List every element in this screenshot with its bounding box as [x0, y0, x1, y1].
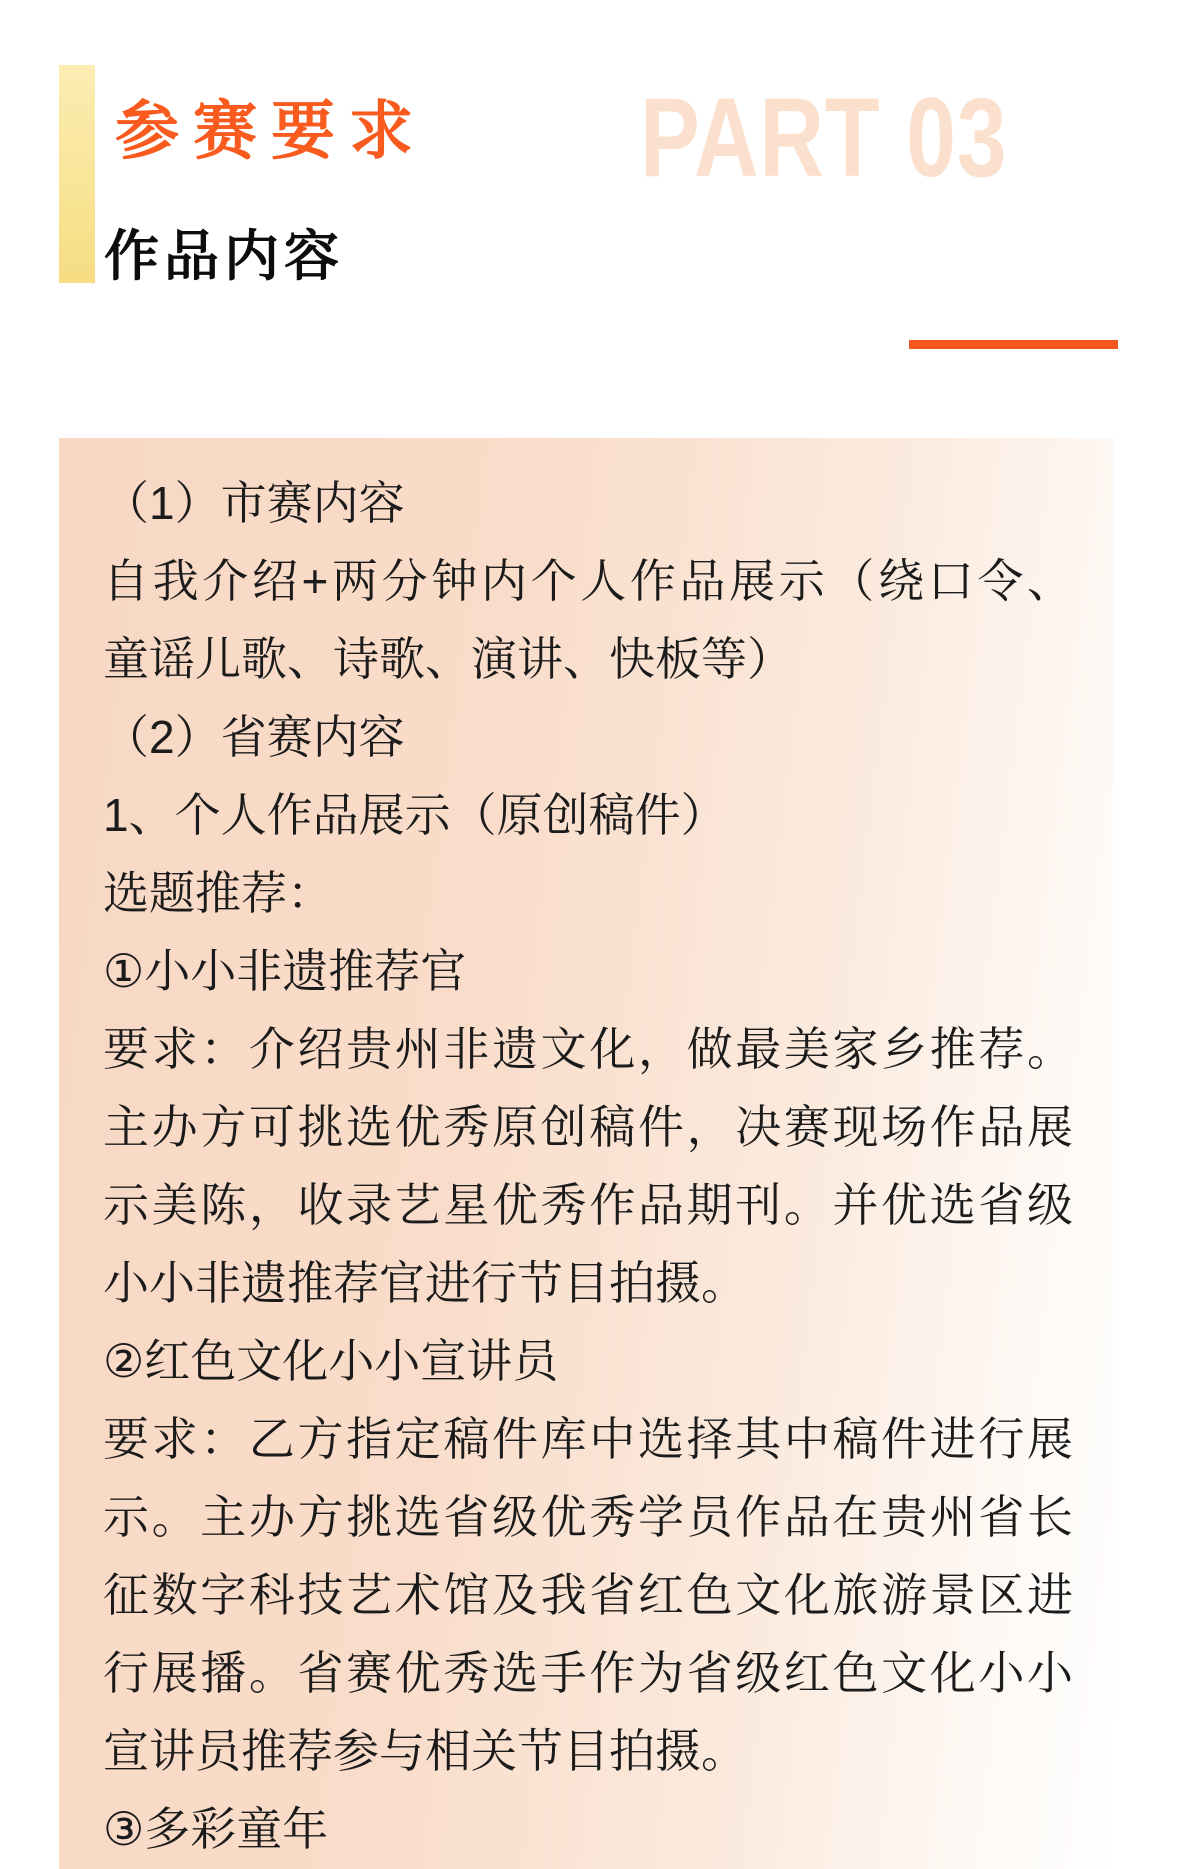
poster-page: PART 03 参赛要求 作品内容 （1）市赛内容自我介绍+两分钟内个人作品展示…	[0, 0, 1179, 1869]
content-line: 选题推荐：	[103, 854, 1073, 932]
content-line: 宣讲员推荐参与相关节目拍摄。	[103, 1712, 1073, 1790]
page-subtitle: 作品内容	[104, 226, 344, 287]
content-line: 征数字科技艺术馆及我省红色文化旅游景区进	[103, 1556, 1073, 1634]
orange-divider-line	[909, 340, 1118, 349]
content-line: 要求：乙方指定稿件库中选择其中稿件进行展	[103, 1400, 1073, 1478]
content-line: 自我介绍+两分钟内个人作品展示（绕口令、	[103, 542, 1073, 620]
content-line: 小小非遗推荐官进行节目拍摄。	[103, 1244, 1073, 1322]
part-number-label: PART 03	[640, 82, 1007, 194]
content-line: 示美陈，收录艺星优秀作品期刊。并优选省级	[103, 1166, 1073, 1244]
content-line: （2）省赛内容	[103, 698, 1073, 776]
content-line: （1）市赛内容	[103, 464, 1073, 542]
content-line: ②红色文化小小宣讲员	[103, 1322, 1073, 1400]
yellow-accent-bar	[59, 65, 95, 283]
content-line: 行展播。省赛优秀选手作为省级红色文化小小	[103, 1634, 1073, 1712]
content-line: 1、个人作品展示（原创稿件）	[103, 776, 1073, 854]
content-line: ①小小非遗推荐官	[103, 932, 1073, 1010]
content-line: 主办方可挑选优秀原创稿件，决赛现场作品展	[103, 1088, 1073, 1166]
content-line: ③多彩童年	[103, 1790, 1073, 1868]
page-title: 参赛要求	[115, 95, 427, 169]
content-panel: （1）市赛内容自我介绍+两分钟内个人作品展示（绕口令、童谣儿歌、诗歌、演讲、快板…	[59, 438, 1113, 1869]
content-line: 要求：介绍贵州非遗文化，做最美家乡推荐。	[103, 1010, 1073, 1088]
content-line: 示。主办方挑选省级优秀学员作品在贵州省长	[103, 1478, 1073, 1556]
content-lines: （1）市赛内容自我介绍+两分钟内个人作品展示（绕口令、童谣儿歌、诗歌、演讲、快板…	[103, 464, 1073, 1868]
content-line: 童谣儿歌、诗歌、演讲、快板等）	[103, 620, 1073, 698]
